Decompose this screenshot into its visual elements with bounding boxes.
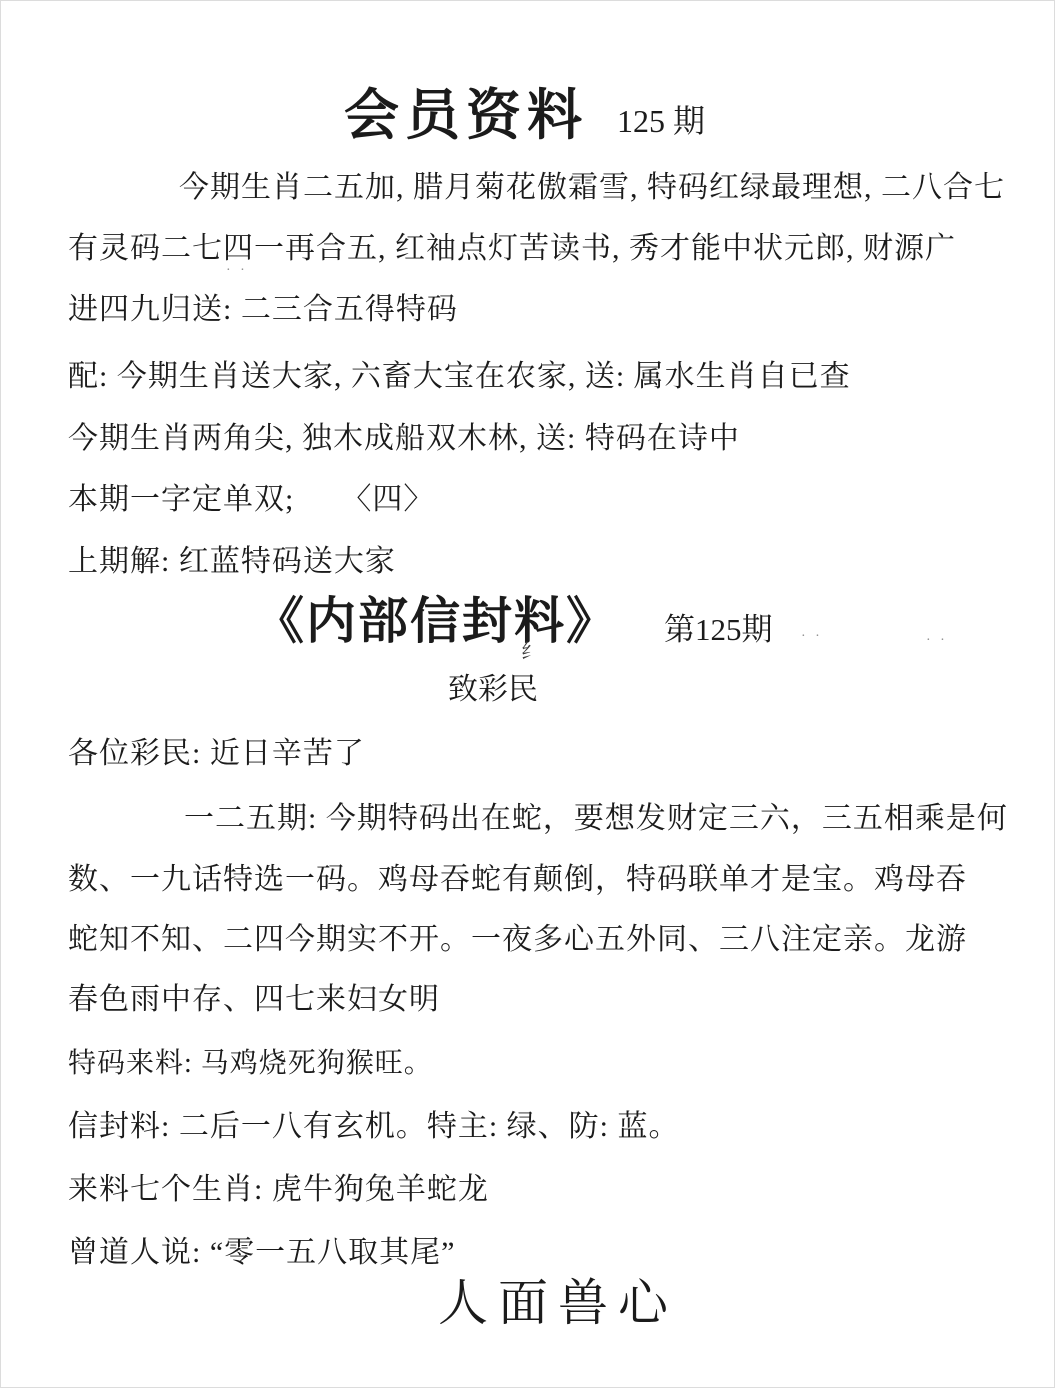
- issue-number: 125 期: [617, 96, 705, 142]
- body-line: 一二五期: 今期特码出在蛇，要想发财定三六，三五相乘是何: [184, 793, 1008, 837]
- tip-line: 本期一字定单双; 〈四〉: [68, 474, 434, 518]
- section-title: 《内部信封料》: [254, 581, 618, 653]
- scan-artifact-dots: · ·: [801, 629, 823, 645]
- footer-idiom: 人面兽心: [438, 1263, 678, 1335]
- body-line: 春色雨中存、四七来妇女明: [68, 974, 440, 1018]
- intro-line: 进四九归送: 二三合五得特码: [68, 284, 458, 328]
- salutation: 致彩民: [448, 664, 538, 708]
- quote-line: 曾道人说: “零一五八取其尾”: [68, 1227, 455, 1271]
- scan-artifact-mark: 纟: [521, 635, 541, 664]
- special-code-line: 特码来料: 马鸡烧死狗猴旺。: [68, 1041, 433, 1081]
- section-issue: 第125期: [664, 604, 773, 649]
- body-line: 数、一九话特选一码。鸡母吞蛇有颠倒，特码联单才是宝。鸡母吞: [68, 854, 967, 898]
- tip-line: 配: 今期生肖送大家, 六畜大宝在农家, 送: 属水生肖自已查: [68, 351, 851, 395]
- tip-line: 上期解: 红蓝特码送大家: [68, 536, 396, 580]
- zodiac-line: 来料七个生肖: 虎牛狗兔羊蛇龙: [68, 1164, 489, 1208]
- page-title: 会员资料: [344, 71, 588, 150]
- body-line: 蛇知不知、二四今期实不开。一夜多心五外同、三八注定亲。龙游: [68, 914, 967, 958]
- intro-line: 今期生肖二五加, 腊月菊花傲霜雪, 特码红绿最理想, 二八合七: [179, 162, 1005, 206]
- scan-artifact-dots: · ·: [926, 633, 948, 649]
- scan-artifact-dots: · ·: [226, 263, 248, 279]
- member-info-document: 会员资料 125 期 今期生肖二五加, 腊月菊花傲霜雪, 特码红绿最理想, 二八…: [0, 0, 1055, 1388]
- tip-line: 今期生肖两角尖, 独木成船双木林, 送: 特码在诗中: [68, 413, 740, 457]
- greeting-line: 各位彩民: 近日辛苦了: [68, 728, 365, 772]
- envelope-material-line: 信封料: 二后一八有玄机。特主: 绿、防: 蓝。: [68, 1101, 680, 1145]
- intro-line: 有灵码二七四一再合五, 红袖点灯苦读书, 秀才能中状元郎, 财源广: [68, 223, 956, 267]
